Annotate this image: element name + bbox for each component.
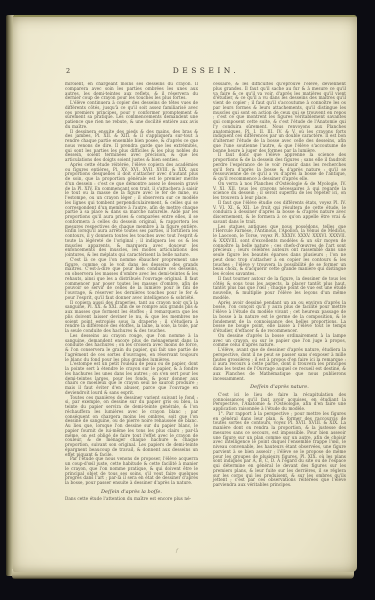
paragraph: Il dessinera ensuite des pieds & des mai… [65,130,198,163]
paragraph: Il faut que l'élève étudie ces différent… [213,201,346,225]
section-heading-dapres-la-bosse: Deſſein d'après la boſſe. [65,489,198,495]
paragraph: Les statues antiques que nous possédons,… [213,225,346,277]
paragraph: L'élève continuera à copier des desseins… [65,101,198,130]
paragraph: Dans cette étude l'attention du maître e… [65,497,198,502]
paragraph: L'élève, avant que de dessiner d'après n… [213,348,346,381]
paragraph: Par l'étude que nous venons de proposer,… [65,457,198,486]
ink-smudge: f [176,548,180,555]
paragraph: Après avoir dessiné pendant un an ou env… [213,301,346,334]
paragraph: cessaire, & les difficultés qu'éprouve l… [213,82,346,153]
paragraph: Toutes ces manières de dessiner varient … [65,396,198,458]
running-head: DESSEIN. [65,66,347,75]
paragraph: Les desseins au crayon rouge, que l'on n… [65,334,198,363]
book-page: 2 DESSEIN. miroient, en chargeant moins … [13,15,357,572]
right-column: cessaire, & les difficultés qu'éprouve l… [213,82,346,547]
paragraph: Il faut donc que l'élève apprenne la sci… [213,153,346,182]
paragraph: C'est ici le lieu de faire la récapitula… [213,393,346,412]
paragraph: 1°. Par rapport à la perspective ; pour … [213,412,346,488]
paragraph: Il copiera aussi des draperies, tant au … [65,301,198,334]
paragraph: miroient, en chargeant moins ses dessein… [65,82,198,101]
paragraph: L'estompe est un petit rouleau de peau o… [65,362,198,395]
book-photo: 2 DESSEIN. miroient, en chargeant moins … [0,0,375,600]
paragraph: C'est là ce que l'on nomme ébaucher prop… [65,258,198,301]
page-header: 2 DESSEIN. [65,66,347,76]
text-columns: miroient, en chargeant moins ses dessein… [65,82,347,547]
left-column: miroient, en chargeant moins ses dessein… [65,82,198,547]
paragraph: On verra à nos Planches d'Ostéologie & d… [213,182,346,201]
text-block: 2 DESSEIN. miroient, en chargeant moins … [65,66,347,547]
paragraph: Après cette étude réitérée, l'élève copi… [65,163,198,258]
section-heading-dapres-nature: Deſſein d'après nature. [213,384,346,390]
paragraph: Il faut tourner autour de la figure, la … [213,277,346,301]
paragraph: On dessine d'après la bosse ordinairemen… [213,334,346,348]
